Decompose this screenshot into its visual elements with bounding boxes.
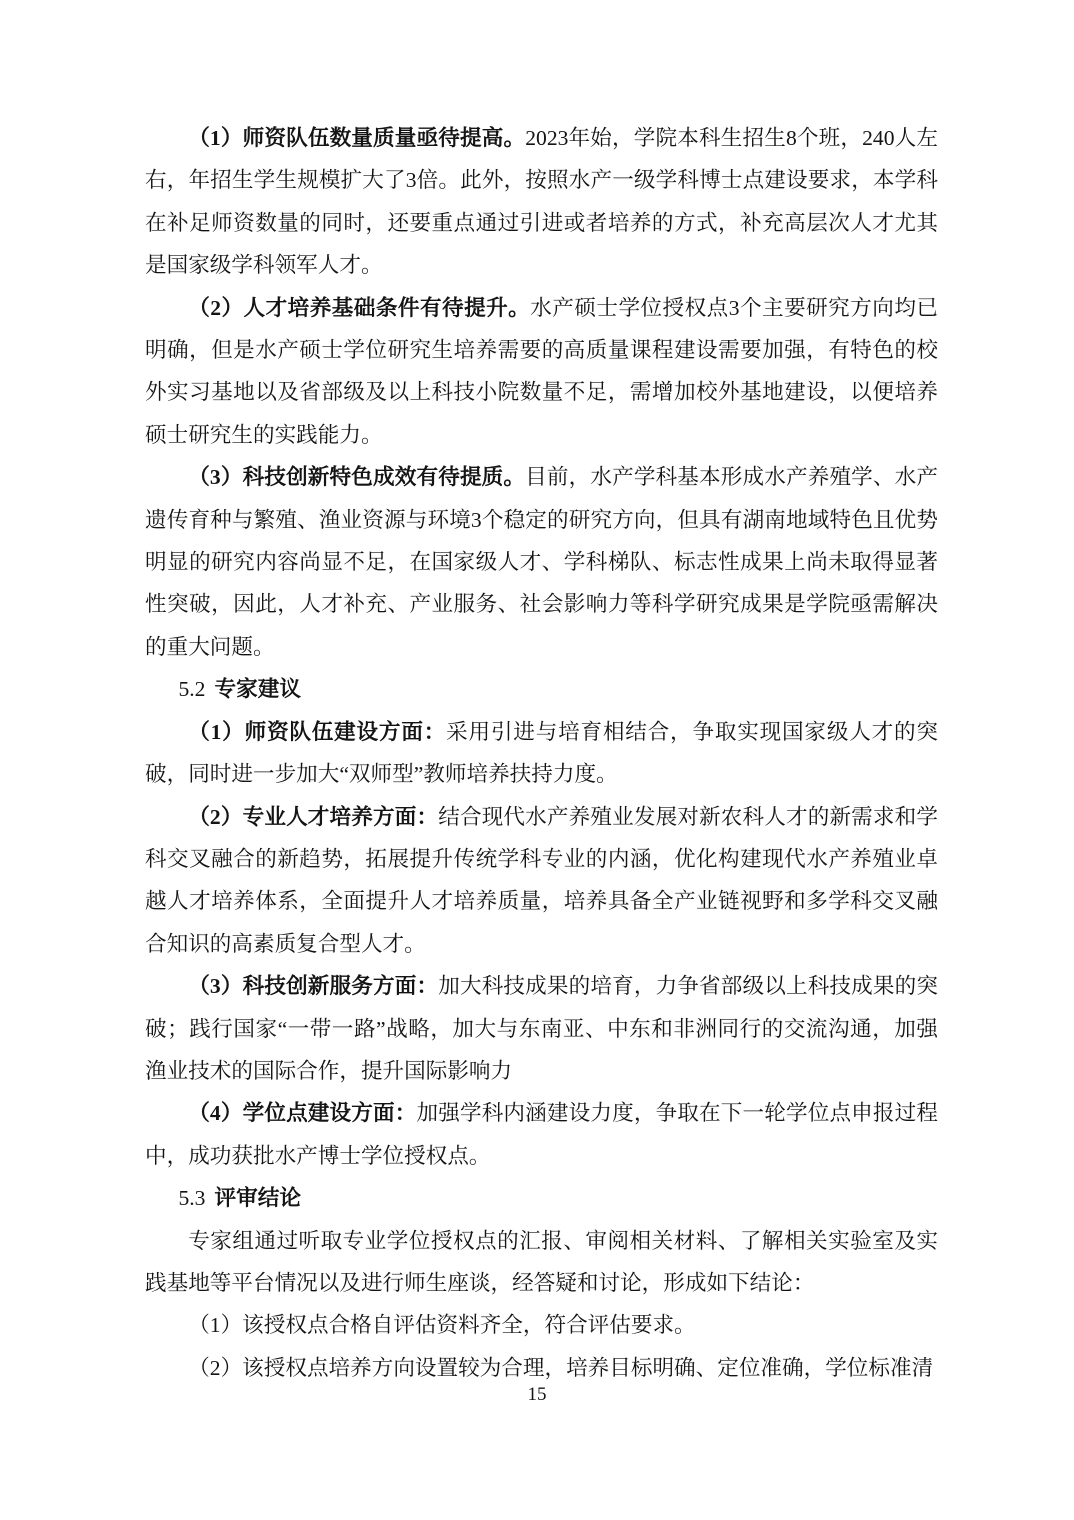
- paragraph-lead: （4）学位点建设方面：: [188, 1101, 416, 1125]
- conclusion-item-1: （1）该授权点合格自评估资料齐全，符合评估要求。: [145, 1304, 938, 1346]
- paragraph-lead: （1）师资队伍数量质量亟待提高。: [188, 126, 525, 150]
- paragraph-text: 专家组通过听取专业学位授权点的汇报、审阅相关材料、了解相关实验室及实践基地等平台…: [145, 1229, 938, 1295]
- paragraph-lead: （2）专业人才培养方面：: [188, 805, 438, 829]
- paragraph-lead: （3）科技创新特色成效有待提质。: [188, 465, 525, 489]
- page-body: （1）师资队伍数量质量亟待提高。2023年始，学院本科生招生8个班，240人左右…: [0, 0, 1074, 1389]
- section-title: 评审结论: [215, 1186, 301, 1210]
- suggestion-paragraph-4: （4）学位点建设方面：加强学科内涵建设力度，争取在下一轮学位点申报过程中，成功获…: [145, 1092, 938, 1177]
- paragraph-text: 目前，水产学科基本形成水产养殖学、水产遗传育种与繁殖、渔业资源与环境3个稳定的研…: [145, 465, 938, 659]
- section-heading-5-2: 5.2专家建议: [145, 668, 938, 710]
- section-title: 专家建议: [215, 677, 301, 701]
- paragraph-lead: （2）人才培养基础条件有待提升。: [188, 296, 530, 320]
- paragraph-text: （2）该授权点培养方向设置较为合理，培养目标明确、定位准确，学位标准清: [188, 1356, 933, 1380]
- section-number: 5.2: [178, 677, 205, 701]
- paragraph-lead: （1）师资队伍建设方面：: [188, 720, 446, 744]
- page-number: 15: [528, 1384, 547, 1405]
- section-number: 5.3: [178, 1186, 205, 1210]
- page-footer: 15: [0, 1383, 1074, 1407]
- problem-paragraph-2: （2）人才培养基础条件有待提升。水产硕士学位授权点3个主要研究方向均已明确，但是…: [145, 287, 938, 457]
- section-heading-5-3: 5.3评审结论: [145, 1177, 938, 1219]
- conclusion-intro-paragraph: 专家组通过听取专业学位授权点的汇报、审阅相关材料、了解相关实验室及实践基地等平台…: [145, 1220, 938, 1305]
- paragraph-text: （1）该授权点合格自评估资料齐全，符合评估要求。: [188, 1313, 695, 1337]
- suggestion-paragraph-2: （2）专业人才培养方面：结合现代水产养殖业发展对新农科人才的新需求和学科交叉融合…: [145, 796, 938, 966]
- problem-paragraph-3: （3）科技创新特色成效有待提质。目前，水产学科基本形成水产养殖学、水产遗传育种与…: [145, 456, 938, 668]
- document-page: （1）师资队伍数量质量亟待提高。2023年始，学院本科生招生8个班，240人左右…: [0, 0, 1074, 1520]
- suggestion-paragraph-3: （3）科技创新服务方面：加大科技成果的培育，力争省部级以上科技成果的突破；践行国…: [145, 965, 938, 1092]
- suggestion-paragraph-1: （1）师资队伍建设方面：采用引进与培育相结合，争取实现国家级人才的突破，同时进一…: [145, 711, 938, 796]
- problem-paragraph-1: （1）师资队伍数量质量亟待提高。2023年始，学院本科生招生8个班，240人左右…: [145, 117, 938, 287]
- paragraph-lead: （3）科技创新服务方面：: [188, 974, 438, 998]
